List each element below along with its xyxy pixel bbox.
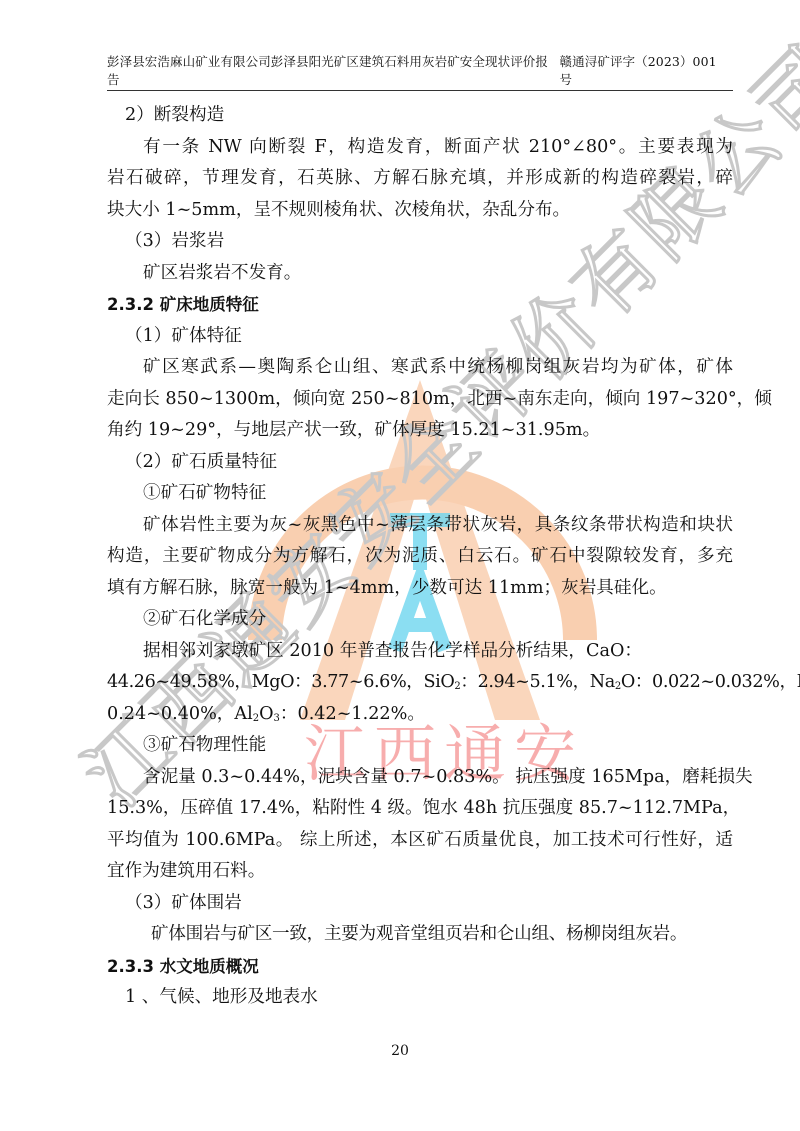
section-heading-deposit-geology: 2.3.2 矿床地质特征 [107,289,733,321]
subsection-climate-terrain: 1 、气候、地形及地表水 [107,982,733,1014]
subsection-mineral-features: ①矿石矿物特征 [107,478,733,510]
paragraph-line: 构造，主要矿物成分为方解石，次为泥质、白云石。矿石中裂隙较发育，多充 [107,541,733,573]
paragraph-line: 矿区寒武系—奥陶系仑山组、寒武系中统杨柳岗组灰岩均为矿体，矿体 [107,352,733,384]
subsection-ore-quality: （2）矿石质量特征 [107,447,733,479]
paragraph-line: 走向长 850~1300m，倾向宽 250~810m，北西~南东走向，倾向 19… [107,384,733,416]
paragraph-line: 角约 19~29°，与地层产状一致，矿体厚度 15.21~31.95m。 [107,415,733,447]
paragraph-line: 矿体围岩与矿区一致，主要为观音堂组页岩和仑山组、杨柳岗组灰岩。 [107,919,733,951]
paragraph-line: 矿体岩性主要为灰~灰黑色中~薄层条带状灰岩，具条纹条带状构造和块状 [107,510,733,542]
chemical-values-line: 0.24~0.40%，Al2O3：0.42~1.22%。 [107,699,733,731]
chemical-values-line: 44.26~49.58%，MgO：3.77~6.6%，SiO2：2.94~5.1… [107,667,733,699]
subsection-ore-body: （1）矿体特征 [107,321,733,353]
subsection-physical-properties: ③矿石物理性能 [107,730,733,762]
paragraph-line: 宜作为建筑用石料。 [107,856,733,888]
report-title: 彭泽县宏浩麻山矿业有限公司彭泽县阳光矿区建筑石料用灰岩矿安全现状评价报告 [107,52,560,88]
section-heading-hydrogeology: 2.3.3 水文地质概况 [107,951,733,983]
subsection-surrounding-rock: （3）矿体围岩 [107,888,733,920]
document-number: 赣通浔矿评字（2023）001 号 [560,52,733,88]
paragraph-line: 15.3%，压碎值 17.4%，粘附性 4 级。饱水 48h 抗压强度 85.7… [107,793,733,825]
paragraph-line: 平均值为 100.6MPa。 综上所述，本区矿石质量优良，加工技术可行性好，适 [107,825,733,857]
paragraph-line: 岩石破碎，节理发育，石英脉、方解石脉充填，并形成新的构造碎裂岩，碎 [107,163,733,195]
subsection-fault-structure: 2）断裂构造 [107,100,733,132]
paragraph-line: 块大小 1~5mm，呈不规则棱角状、次棱角状，杂乱分布。 [107,195,733,227]
page-number: 20 [0,1043,800,1059]
page-header: 彭泽县宏浩麻山矿业有限公司彭泽县阳光矿区建筑石料用灰岩矿安全现状评价报告 赣通浔… [107,66,733,91]
subsection-chemical-composition: ②矿石化学成分 [107,604,733,636]
paragraph-line: 矿区岩浆岩不发育。 [107,258,733,290]
paragraph-line: 据相邻刘家墩矿区 2010 年普查报告化学样品分析结果，CaO： [107,636,733,668]
subsection-magmatic-rock: （3）岩浆岩 [107,226,733,258]
document-body: 2）断裂构造 有一条 NW 向断裂 F，构造发育，断面产状 210°∠80°。主… [107,100,733,1014]
paragraph-line: 有一条 NW 向断裂 F，构造发育，断面产状 210°∠80°。主要表现为 [107,132,733,164]
paragraph-line: 填有方解石脉，脉宽一般为 1~4mm，少数可达 11mm；灰岩具硅化。 [107,573,733,605]
paragraph-line: 含泥量 0.3~0.44%，泥块含量 0.7~0.83%。 抗压强度 165Mp… [107,762,733,794]
